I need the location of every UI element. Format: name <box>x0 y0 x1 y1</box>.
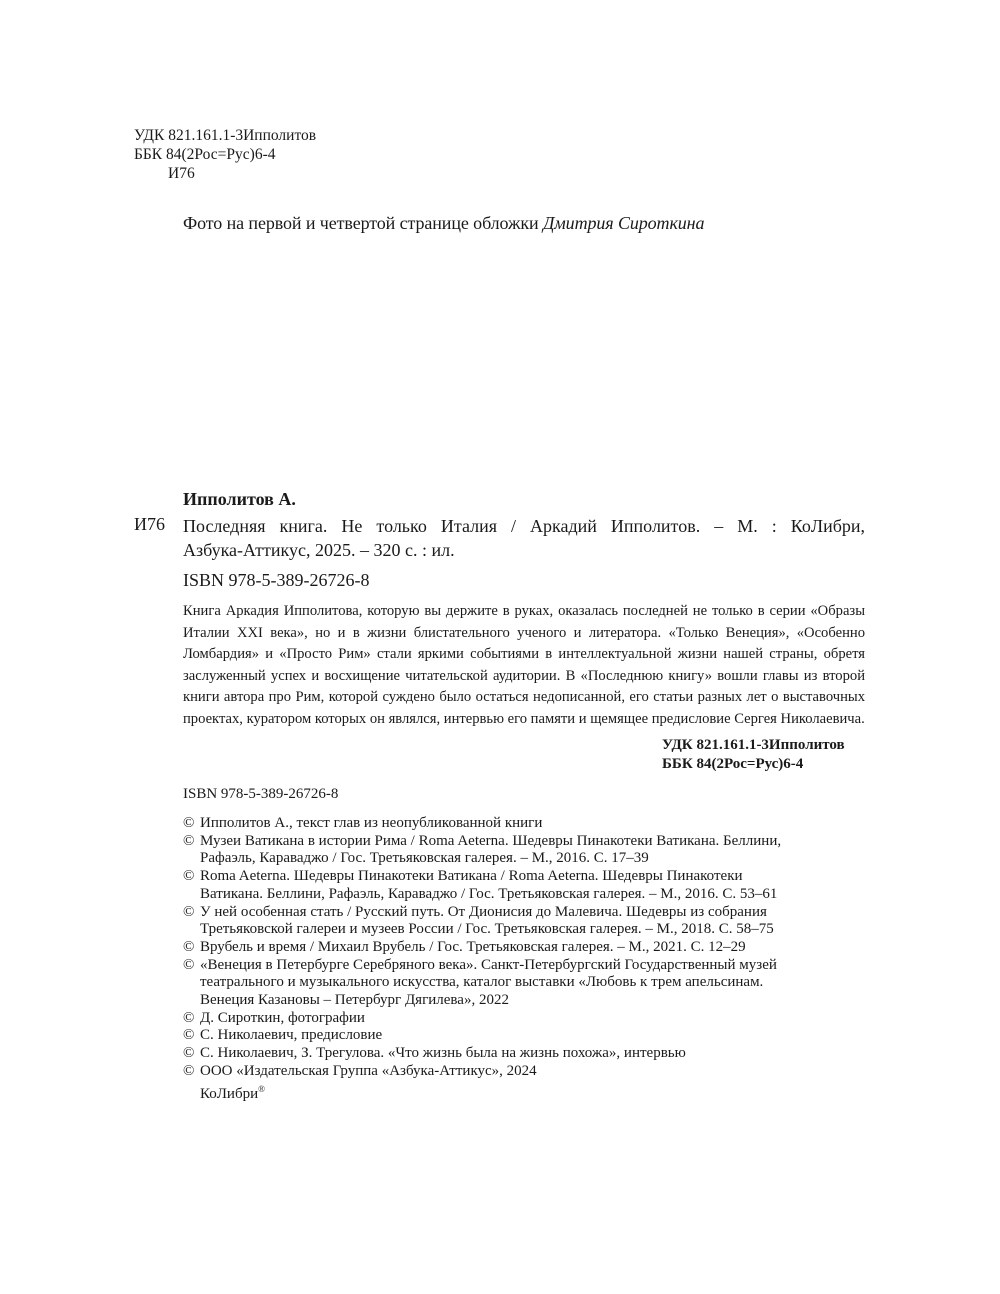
imprint: КоЛибри® <box>183 1081 783 1104</box>
copyright-item: ©С. Николаевич, предисловие <box>183 1027 783 1045</box>
copyright-text: Д. Сироткин, фотографии <box>200 1010 365 1026</box>
record-author-mark: И76 <box>134 514 165 535</box>
copyright-text: С. Николаевич, предисловие <box>200 1027 382 1043</box>
copyright-text: Врубель и время / Михаил Врубель / Гос. … <box>200 939 746 955</box>
copyright-icon: © <box>183 1027 200 1045</box>
udk-code-bottom: УДК 821.161.1-3Ипполитов <box>662 736 845 755</box>
copyright-icon: © <box>183 868 200 886</box>
record-title-line-2: Азбука-Аттикус, 2025. – 320 с. : ил. <box>183 540 455 560</box>
registered-mark: ® <box>258 1084 265 1094</box>
copyright-item: ©ООО «Издательская Группа «Азбука-Аттику… <box>183 1063 783 1081</box>
copyright-item: ©Д. Сироткин, фотографии <box>183 1010 783 1028</box>
copyright-text: ООО «Издательская Группа «Азбука-Аттикус… <box>200 1063 537 1079</box>
copyright-icon: © <box>183 1010 200 1028</box>
copyright-icon: © <box>183 957 200 975</box>
copyright-item: ©Музеи Ватикана в истории Рима / Roma Ae… <box>183 833 783 868</box>
copyright-item: ©Roma Aeterna. Шедевры Пинакотеки Ватика… <box>183 868 783 903</box>
photographer-name: Дмитрия Сироткина <box>543 213 704 233</box>
record-author: Ипполитов А. <box>183 489 296 510</box>
bbk-code: ББК 84(2Рос=Рус)6-4 <box>134 145 316 164</box>
copyright-icon: © <box>183 833 200 851</box>
copyright-text: Ипполитов А., текст глав из неопубликова… <box>200 815 542 831</box>
copyright-icon: © <box>183 1045 200 1063</box>
copyright-item: ©Ипполитов А., текст глав из неопубликов… <box>183 815 783 833</box>
copyright-icon: © <box>183 939 200 957</box>
annotation: Книга Аркадия Ипполитова, которую вы дер… <box>183 601 865 730</box>
copyright-text: С. Николаевич, З. Трегулова. «Что жизнь … <box>200 1045 686 1061</box>
copyright-item: ©У ней особенная стать / Русский путь. О… <box>183 904 783 939</box>
copyright-text: Музеи Ватикана в истории Рима / Roma Aet… <box>200 833 781 867</box>
author-mark: И76 <box>134 164 316 183</box>
isbn-bottom: ISBN 978-5-389-26726-8 <box>183 786 338 803</box>
classification-block-top: УДК 821.161.1-3Ипполитов ББК 84(2Рос=Рус… <box>134 126 316 183</box>
bbk-code-bottom: ББК 84(2Рос=Рус)6-4 <box>662 755 845 774</box>
classification-block-bottom: УДК 821.161.1-3Ипполитов ББК 84(2Рос=Рус… <box>662 736 845 774</box>
record-title: Последняя книга. Не только Италия / Арка… <box>183 514 865 562</box>
record-title-line-1: Последняя книга. Не только Италия / Арка… <box>183 514 865 538</box>
photo-credit: Фото на первой и четвертой странице обло… <box>183 213 704 234</box>
photo-credit-text: Фото на первой и четвертой странице обло… <box>183 213 539 233</box>
copyright-text: Roma Aeterna. Шедевры Пинакотеки Ватикан… <box>200 868 777 902</box>
copyright-list: ©Ипполитов А., текст глав из неопубликов… <box>183 815 783 1103</box>
copyright-icon: © <box>183 1063 200 1081</box>
copyright-icon: © <box>183 904 200 922</box>
udk-code: УДК 821.161.1-3Ипполитов <box>134 126 316 145</box>
copyright-item: ©«Венеция в Петербурге Серебряного века»… <box>183 957 783 1010</box>
copyright-text: «Венеция в Петербурге Серебряного века».… <box>200 957 777 1008</box>
copyright-item: ©С. Николаевич, З. Трегулова. «Что жизнь… <box>183 1045 783 1063</box>
copyright-item: ©Врубель и время / Михаил Врубель / Гос.… <box>183 939 783 957</box>
copyright-icon: © <box>183 815 200 833</box>
record-isbn: ISBN 978-5-389-26726-8 <box>183 570 370 591</box>
imprint-name: КоЛибри <box>200 1086 258 1102</box>
copyright-text: У ней особенная стать / Русский путь. От… <box>200 904 774 938</box>
